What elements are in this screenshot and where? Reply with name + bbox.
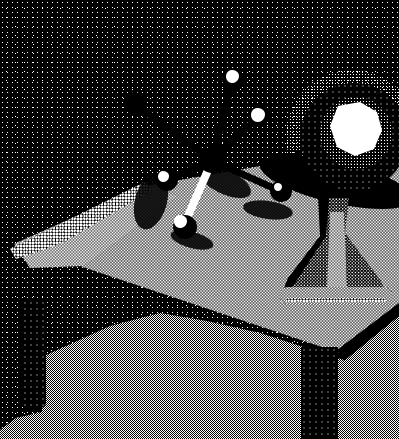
molecule-model <box>0 0 399 439</box>
bond-right-stub <box>267 150 303 169</box>
molecule-shadow <box>242 198 294 223</box>
halftone-photo: Dithered black-and-white halftone photog… <box>0 0 399 439</box>
